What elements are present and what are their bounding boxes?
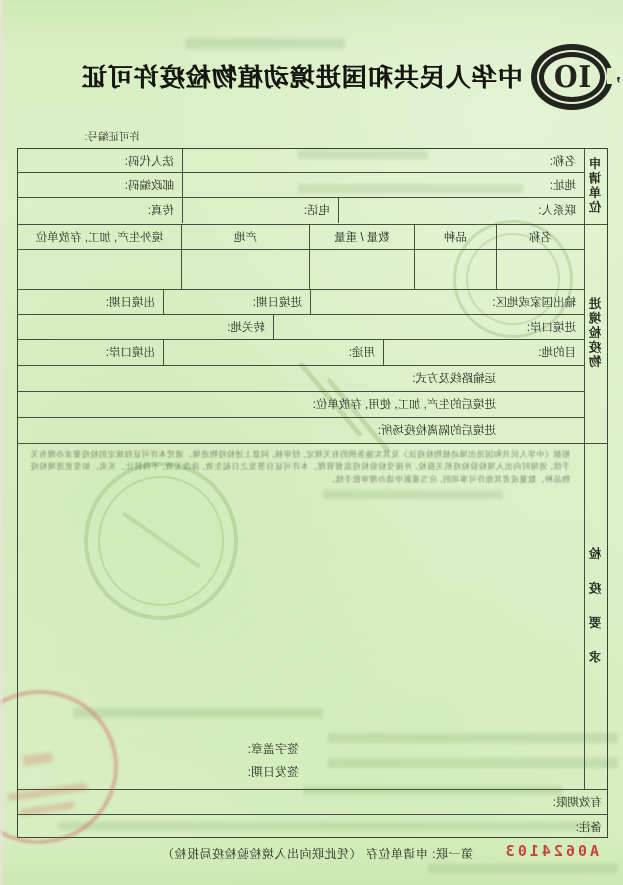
serial-number: A0624103 <box>503 842 599 860</box>
goods-empty-row <box>18 250 584 290</box>
applicant-section: 申请单位 名称: 法人代码: 地址: 邮政编码: 联系人: 电话: 传真: <box>18 149 607 225</box>
destination-field: 目的地: <box>383 340 584 365</box>
signature-block: 签字盖章: 签发日期: <box>248 738 299 784</box>
document-title: 中华人民共和国进境动植物检疫许可证 <box>93 58 523 94</box>
col-variety: 品种 <box>414 225 496 249</box>
ghost-bleed <box>185 38 345 49</box>
applicant-row-address: 地址: 邮政编码: <box>18 173 584 198</box>
entry-port-field: 进境口岸: <box>273 315 584 339</box>
usage-field: 用途: <box>163 340 383 365</box>
remarks-field: 备注: <box>18 815 607 837</box>
post-entry-unit-field: 进境后的生产, 加工, 使用, 存放单位: <box>18 392 584 418</box>
route-field: 运输路线及方式: <box>18 366 584 392</box>
entry-date-field: 进境日期: <box>163 290 310 314</box>
fax-field: 传真: <box>18 198 182 223</box>
goods-cell <box>309 250 414 289</box>
applicant-row-name: 名称: 法人代码: <box>18 149 584 173</box>
col-name: 名称 <box>496 225 584 249</box>
isolation-site-field: 进境后的隔离检疫场所: <box>18 418 584 443</box>
destination-row: 目的地: 用途: 出境口岸: <box>18 340 584 366</box>
signature-seal-label: 签字盖章: <box>248 738 299 761</box>
goods-section: 进境检疫物 名称 品种 数量 / 重量 产地 境外生产, 加工, 存放单位 <box>18 225 607 444</box>
ghost-bleed <box>428 864 618 873</box>
contact-field: 联系人: <box>338 198 584 223</box>
scanned-permit-sheet: IO ’ 中华人民共和国进境动植物检疫许可证 许可证编号: 申请单位 名称: 法… <box>0 0 623 885</box>
requirements-notice-text: 根据《中华人民共和国进出境动植物检疫法》及其实施条例的有关规定, 经审核, 同意… <box>18 444 584 487</box>
phone-field: 电话: <box>182 198 338 223</box>
export-country-row: 输出国家或地区: 进境日期: 出境日期: <box>18 290 584 315</box>
goods-stub: 进境检疫物 <box>584 225 607 443</box>
applicant-row-contact: 联系人: 电话: 传真: <box>18 198 584 223</box>
exit-port-field: 出境口岸: <box>18 340 163 365</box>
issue-date-label: 签发日期: <box>248 761 299 784</box>
exit-date-field: 出境日期: <box>18 290 163 314</box>
goods-cell <box>414 250 496 289</box>
requirements-stub: 检疫要求 <box>584 444 607 790</box>
goods-cell <box>496 250 584 289</box>
legal-code-field: 法人代码: <box>18 149 182 172</box>
col-quantity-weight: 数量 / 重量 <box>309 225 414 249</box>
postcode-field: 邮政编码: <box>18 173 182 197</box>
export-country-field: 输出国家或地区: <box>310 290 584 314</box>
address-field: 地址: <box>182 173 584 197</box>
scan-edge-strip <box>0 0 3 885</box>
transfer-place-field: 转关地: <box>18 315 273 339</box>
entry-port-row: 进境口岸: 转关地: <box>18 315 584 340</box>
col-origin: 产地 <box>181 225 309 249</box>
goods-cell <box>18 250 181 289</box>
permit-number-label: 许可证编号: <box>85 129 140 144</box>
ciq-logo-icon: IO ’ <box>531 44 613 110</box>
goods-header-row: 名称 品种 数量 / 重量 产地 境外生产, 加工, 存放单位 <box>18 225 584 250</box>
name-field: 名称: <box>182 149 584 172</box>
col-overseas-unit: 境外生产, 加工, 存放单位 <box>18 225 181 249</box>
goods-cell <box>181 250 309 289</box>
applicant-stub: 申请单位 <box>584 149 607 224</box>
copy-distribution-note: 第一联: 申请单位存 （凭此联向出入境检验检疫局报检） <box>161 845 473 862</box>
permit-page-mirrored: IO ’ 中华人民共和国进境动植物检疫许可证 许可证编号: 申请单位 名称: 法… <box>0 0 623 885</box>
